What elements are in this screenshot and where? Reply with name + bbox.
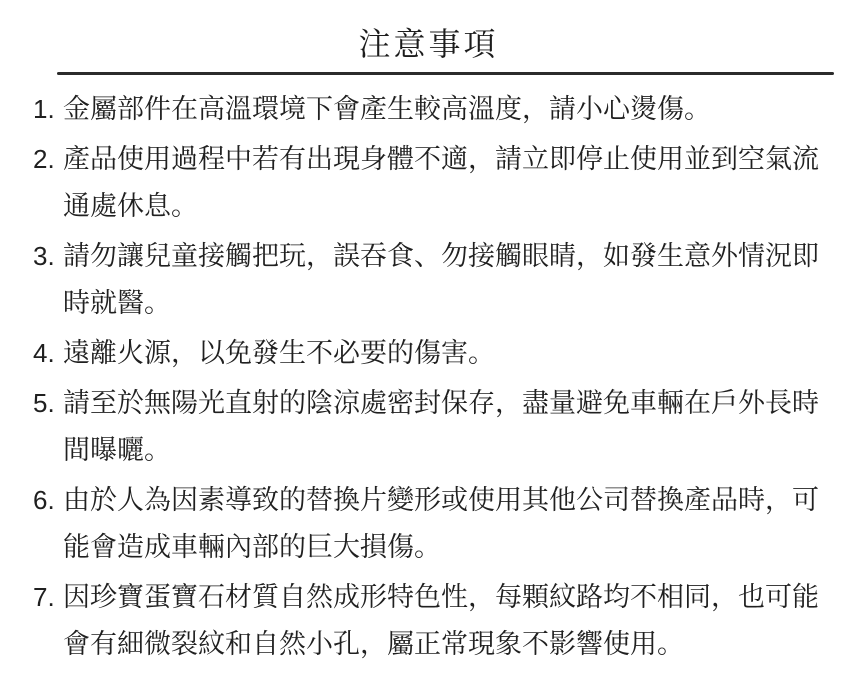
item-number: 6.	[33, 477, 55, 524]
item-text: 遠離火源，以免發生不必要的傷害。	[63, 338, 495, 368]
list-item: 2. 產品使用過程中若有出現身體不適，請立即停止使用並到空氣流通處休息。	[63, 136, 820, 230]
list-item: 7. 因珍寶蛋寶石材質自然成形特色性，每顆紋路均不相同，也可能會有細微裂紋和自然…	[63, 574, 820, 668]
title-divider	[57, 72, 834, 75]
list-item: 4. 遠離火源，以免發生不必要的傷害。	[63, 330, 820, 377]
notice-list: 1. 金屬部件在高溫環境下會產生較高溫度，請小心燙傷。 2. 產品使用過程中若有…	[63, 86, 820, 668]
item-text: 請至於無陽光直射的陰涼處密封保存，盡量避免車輛在戶外長時間曝曬。	[63, 388, 819, 465]
list-item: 5. 請至於無陽光直射的陰涼處密封保存，盡量避免車輛在戶外長時間曝曬。	[63, 380, 820, 474]
page-title: 注意事項	[0, 24, 857, 64]
item-text: 請勿讓兒童接觸把玩，誤吞食、勿接觸眼睛，如發生意外情況即時就醫。	[63, 241, 819, 318]
item-number: 2.	[33, 136, 55, 183]
list-item: 1. 金屬部件在高溫環境下會產生較高溫度，請小心燙傷。	[63, 86, 820, 133]
item-number: 5.	[33, 380, 55, 427]
list-item: 6. 由於人為因素導致的替換片變形或使用其他公司替換產品時，可能會造成車輛內部的…	[63, 477, 820, 571]
item-text: 金屬部件在高溫環境下會產生較高溫度，請小心燙傷。	[63, 94, 711, 124]
item-number: 4.	[33, 330, 55, 377]
item-number: 3.	[33, 233, 55, 280]
item-text: 產品使用過程中若有出現身體不適，請立即停止使用並到空氣流通處休息。	[63, 144, 819, 221]
item-number: 1.	[33, 86, 55, 133]
list-item: 3. 請勿讓兒童接觸把玩，誤吞食、勿接觸眼睛，如發生意外情況即時就醫。	[63, 233, 820, 327]
item-number: 7.	[33, 574, 55, 621]
item-text: 因珍寶蛋寶石材質自然成形特色性，每顆紋路均不相同，也可能會有細微裂紋和自然小孔，…	[63, 582, 819, 659]
notice-page: 注意事項 1. 金屬部件在高溫環境下會產生較高溫度，請小心燙傷。 2. 產品使用…	[0, 0, 857, 687]
item-text: 由於人為因素導致的替換片變形或使用其他公司替換產品時，可能會造成車輛內部的巨大損…	[63, 485, 819, 562]
